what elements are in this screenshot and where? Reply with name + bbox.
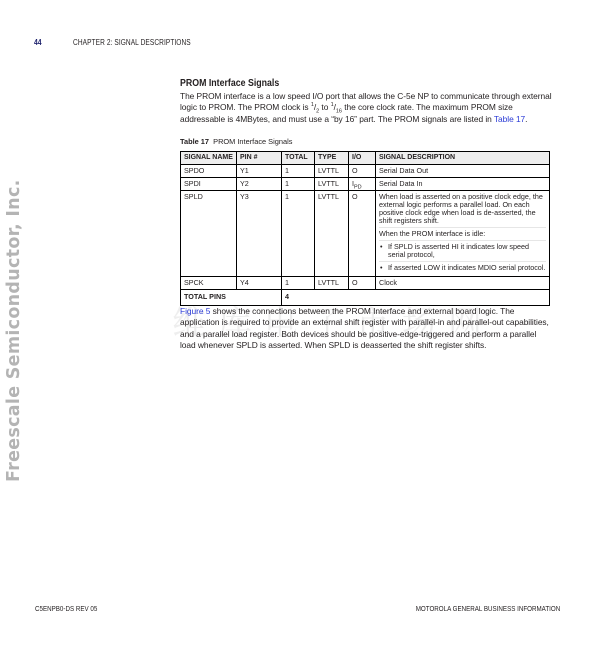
bullet-item: If SPLD is asserted HI it indicates low … bbox=[379, 240, 546, 259]
signal-name: SPCK bbox=[181, 276, 237, 289]
signal-name: SPDI bbox=[181, 177, 237, 190]
section-title: PROM Interface Signals bbox=[180, 78, 507, 91]
description: Clock bbox=[376, 276, 550, 289]
description-extra: When the PROM interface is idle: bbox=[379, 227, 546, 238]
table-caption-title: PROM Interface Signals bbox=[213, 137, 292, 146]
pin: Y1 bbox=[237, 164, 282, 177]
table-row: SPLD Y3 1 LVTTL O When load is asserted … bbox=[181, 190, 550, 276]
total: 1 bbox=[282, 190, 315, 276]
table-row: SPDI Y2 1 LVTTL IPD Serial Data In bbox=[181, 177, 550, 190]
io: O bbox=[349, 164, 376, 177]
col-io: I/O bbox=[349, 152, 376, 165]
total: 1 bbox=[282, 276, 315, 289]
intro-to: to bbox=[319, 102, 330, 112]
type: LVTTL bbox=[315, 164, 349, 177]
figure-paragraph: Figure 5 shows the connections between t… bbox=[180, 306, 552, 352]
description: When load is asserted on a positive cloc… bbox=[376, 190, 550, 276]
col-signal-name: SIGNAL NAME bbox=[181, 152, 237, 165]
intro-paragraph: The PROM interface is a low speed I/O po… bbox=[180, 91, 552, 125]
table-caption: Table 17 PROM Interface Signals bbox=[180, 137, 552, 149]
table-row: SPDO Y1 1 LVTTL O Serial Data Out bbox=[181, 164, 550, 177]
table-row: SPCK Y4 1 LVTTL O Clock bbox=[181, 276, 550, 289]
description-bullets: If SPLD is asserted HI it indicates low … bbox=[379, 240, 546, 272]
pin: Y2 bbox=[237, 177, 282, 190]
total-pins-row: TOTAL PINS 4 bbox=[181, 289, 550, 305]
figure-5-link[interactable]: Figure 5 bbox=[180, 306, 210, 316]
fraction-numerator: 1 bbox=[331, 103, 334, 109]
main-content: PROM Interface Signals The PROM interfac… bbox=[180, 78, 552, 351]
col-pin: PIN # bbox=[237, 152, 282, 165]
page-footer: C5ENPB0-DS REV 05 MOTOROLA GENERAL BUSIN… bbox=[0, 604, 612, 616]
signal-name: SPDO bbox=[181, 164, 237, 177]
description-text: When load is asserted on a positive cloc… bbox=[379, 193, 546, 225]
description: Serial Data Out bbox=[376, 164, 550, 177]
table-header-row: SIGNAL NAME PIN # TOTAL TYPE I/O SIGNAL … bbox=[181, 152, 550, 165]
type: LVTTL bbox=[315, 177, 349, 190]
total-pins-label: TOTAL PINS bbox=[181, 289, 282, 305]
document-id: C5ENPB0-DS REV 05 bbox=[35, 604, 97, 613]
col-type: TYPE bbox=[315, 152, 349, 165]
intro-end: . bbox=[525, 114, 527, 124]
io: IPD bbox=[349, 177, 376, 190]
chapter-title: CHAPTER 2: SIGNAL DESCRIPTIONS bbox=[73, 38, 191, 47]
col-total: TOTAL bbox=[282, 152, 315, 165]
signal-name: SPLD bbox=[181, 190, 237, 276]
type: LVTTL bbox=[315, 190, 349, 276]
total: 1 bbox=[282, 164, 315, 177]
io-subscript: PD bbox=[354, 184, 362, 190]
page-number: 44 bbox=[34, 38, 42, 47]
pin: Y4 bbox=[237, 276, 282, 289]
table-17-link[interactable]: Table 17 bbox=[494, 114, 525, 124]
fraction-numerator: 1 bbox=[311, 103, 314, 109]
figure-paragraph-text: shows the connections between the PROM I… bbox=[180, 306, 549, 350]
col-description: SIGNAL DESCRIPTION bbox=[376, 152, 550, 165]
bullet-item: If asserted LOW it indicates MDIO serial… bbox=[379, 261, 546, 272]
total-pins-value: 4 bbox=[282, 289, 550, 305]
page-header: 44 CHAPTER 2: SIGNAL DESCRIPTIONS bbox=[0, 38, 612, 50]
description: Serial Data In bbox=[376, 177, 550, 190]
type: LVTTL bbox=[315, 276, 349, 289]
prom-signals-table: SIGNAL NAME PIN # TOTAL TYPE I/O SIGNAL … bbox=[180, 151, 550, 306]
table-caption-label: Table 17 bbox=[180, 137, 209, 146]
io: O bbox=[349, 190, 376, 276]
total: 1 bbox=[282, 177, 315, 190]
io: O bbox=[349, 276, 376, 289]
pin: Y3 bbox=[237, 190, 282, 276]
vertical-company-name: Freescale Semiconductor, Inc. bbox=[4, 179, 24, 482]
classification: MOTOROLA GENERAL BUSINESS INFORMATION bbox=[415, 604, 560, 613]
